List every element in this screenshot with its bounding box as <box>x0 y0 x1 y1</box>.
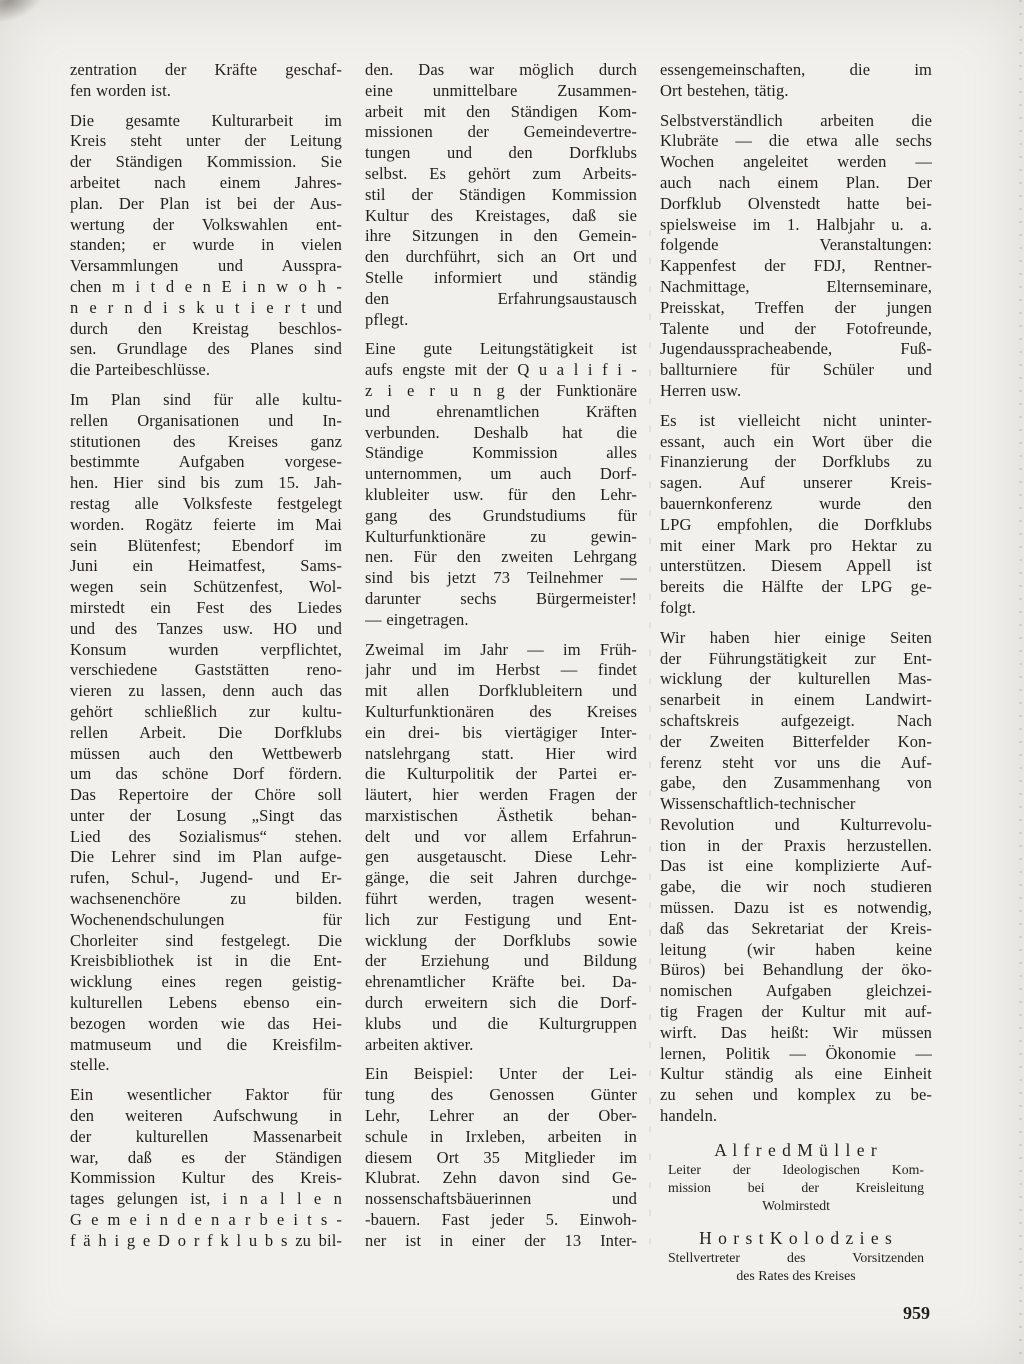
text-line: nomischen Aufgaben gleichzei- <box>660 981 932 1002</box>
scanned-page: zentration der Kräfte geschaf-fen worden… <box>0 0 1024 1364</box>
text-line: zu sehen und komplex zu be- <box>660 1085 932 1106</box>
text-line: folgt. <box>660 598 932 619</box>
text-line: fen worden ist. <box>70 81 342 102</box>
text-line: gabe, den Zusammenhang von <box>660 773 932 794</box>
text-line: stitutionen des Kreises ganz <box>70 432 342 453</box>
text-line: mirstedt ein Fest des Liedes <box>70 598 342 619</box>
text-line: delt und vor allem Erfahrun- <box>365 827 637 848</box>
text-line: Zweimal im Jahr — im Früh- <box>365 640 637 661</box>
text-line: stil der Ständigen Kommission <box>365 185 637 206</box>
text-line: ehrenamtlicher Kräfte bei. Da- <box>365 972 637 993</box>
column-1-paragraphs: zentration der Kräfte geschaf-fen worden… <box>70 60 342 1252</box>
text-line: bestimmte Aufgaben vorgese- <box>70 452 342 473</box>
text-line: marxistischen Ästhetik behan- <box>365 806 637 827</box>
text-line: daß das Sekretariat der Kreis- <box>660 919 932 940</box>
text-line: ballturniere für Schüler und <box>660 360 932 381</box>
text-line: Das ist eine komplizierte Auf- <box>660 856 932 877</box>
text-line: den weiteren Aufschwung in <box>70 1106 342 1127</box>
text-line: Kreis steht unter der Leitung <box>70 131 342 152</box>
text-line: nossenschaftsbäuerinnen und <box>365 1189 637 1210</box>
signature: H o r s t K o l o d z i e sStellvertrete… <box>660 1227 932 1285</box>
text-line: selbst. Es gehört zum Arbeits- <box>365 164 637 185</box>
text-line: Wochenendschulungen für <box>70 910 342 931</box>
text-line: jahr und im Herbst — findet <box>365 660 637 681</box>
text-line: verbunden. Deshalb hat die <box>365 423 637 444</box>
paragraph: Selbstverständlich arbeiten dieKlubräte … <box>660 111 932 402</box>
text-column-2: den. Das war möglich durcheine unmittelb… <box>365 60 637 1324</box>
text-line: Ein Beispiel: Unter der Lei- <box>365 1064 637 1085</box>
text-line: tung des Genossen Günter <box>365 1085 637 1106</box>
text-column-1: zentration der Kräfte geschaf-fen worden… <box>70 60 342 1324</box>
text-line: durch erweitern sich die Dorf- <box>365 993 637 1014</box>
text-line: gen ausgetauscht. Diese Lehr- <box>365 847 637 868</box>
text-line: der Führungstätigkeit zur Ent- <box>660 649 932 670</box>
text-line: Die Lehrer sind im Plan aufge- <box>70 847 342 868</box>
text-line: sen. Grundlage des Planes sind <box>70 339 342 360</box>
text-line: Kreisbibliothek ist in die Ent- <box>70 951 342 972</box>
text-line: ferenz steht vor uns die Auf- <box>660 753 932 774</box>
article-body: zentration der Kräfte geschaf-fen worden… <box>70 60 932 1324</box>
text-line: Dorfklub Olvenstedt hatte bei- <box>660 194 932 215</box>
text-line: plan. Der Plan ist bei der Aus- <box>70 194 342 215</box>
text-line: tig Fragen der Kultur mit auf- <box>660 1002 932 1023</box>
paragraph: Die gesamte Kulturarbeit imKreis steht u… <box>70 111 342 381</box>
text-line: gabe, die wir noch studieren <box>660 877 932 898</box>
text-line: rufen, Schul-, Jugend- und Er- <box>70 868 342 889</box>
text-line: vieren zu lassen, denn auch das <box>70 681 342 702</box>
text-line: diesem Ort 35 Mitglieder im <box>365 1148 637 1169</box>
text-line: missionen der Gemeindevertre- <box>365 122 637 143</box>
text-line: Kulturfunktionäre zu gewin- <box>365 527 637 548</box>
text-line: senarbeit in einem Landwirt- <box>660 690 932 711</box>
text-line: nen. Für den zweiten Lehrgang <box>365 547 637 568</box>
text-line: war, daß es der Ständigen <box>70 1148 342 1169</box>
text-line: mit allen Dorfklubleitern und <box>365 681 637 702</box>
text-line: ein drei- bis viertägiger Inter- <box>365 723 637 744</box>
text-line: Wir haben hier einige Seiten <box>660 628 932 649</box>
paragraph: den. Das war möglich durcheine unmittelb… <box>365 60 637 330</box>
text-line: bezogen worden wie das Hei- <box>70 1014 342 1035</box>
text-line: müssen auch den Wettbewerb <box>70 744 342 765</box>
paragraph: Ein Beispiel: Unter der Lei-tung des Gen… <box>365 1064 637 1251</box>
paragraph: Zweimal im Jahr — im Früh-jahr und im He… <box>365 640 637 1056</box>
text-line: Jugendausspracheabende, Fuß- <box>660 339 932 360</box>
text-line: Lied des Sozialismus“ stehen. <box>70 827 342 848</box>
signature-role-line: Stellvertreter des Vorsitzenden <box>660 1249 932 1267</box>
text-line: Kommission Kultur des Kreis- <box>70 1168 342 1189</box>
text-line: ner ist in einer der 13 Inter- <box>365 1231 637 1252</box>
text-line: Kultur ständig als eine Einheit <box>660 1064 932 1085</box>
text-line: Kultur des Kreistages, daß sie <box>365 206 637 227</box>
text-line: den durchführt, sich an Ort und <box>365 247 637 268</box>
text-line: chen m i t d e n E i n w o h - <box>70 277 342 298</box>
signature-role-line: mission bei der Kreisleitung <box>660 1179 932 1197</box>
text-line: die Parteibeschlüsse. <box>70 360 342 381</box>
text-line: Nachmittage, Elternseminare, <box>660 277 932 298</box>
text-line: Finanzierung der Dorfklubs zu <box>660 452 932 473</box>
text-line: gehört schließlich zur kultu- <box>70 702 342 723</box>
text-line: unterstützen. Diesem Appell ist <box>660 556 932 577</box>
text-line: hen. Hier sind bis zum 15. Jah- <box>70 473 342 494</box>
text-line: Talente und der Fotofreunde, <box>660 319 932 340</box>
paragraph: essengemeinschaften, die imOrt bestehen,… <box>660 60 932 102</box>
text-line: wicklung eines regen geistig- <box>70 972 342 993</box>
text-line: wertung der Volkswahlen ent- <box>70 215 342 236</box>
text-line: unternommen, um auch Dorf- <box>365 464 637 485</box>
text-column-3: essengemeinschaften, die imOrt bestehen,… <box>660 60 932 1324</box>
signature-role-line: Wolmirstedt <box>660 1197 932 1215</box>
text-line: Kulturfunktionären des Kreises <box>365 702 637 723</box>
text-line: Im Plan sind für alle kultu- <box>70 390 342 411</box>
text-line: essant, auch ein Wort über die <box>660 432 932 453</box>
text-line: rellen Organisationen und In- <box>70 411 342 432</box>
text-line: die Kulturpolitik der Partei er- <box>365 764 637 785</box>
signature: A l f r e d M ü l l e rLeiter der Ideolo… <box>660 1139 932 1215</box>
text-line: der Zweiten Bitterfelder Kon- <box>660 732 932 753</box>
text-line: Klubrat. Zehn davon sind Ge- <box>365 1168 637 1189</box>
text-line: sein Blütenfest; Ebendorf im <box>70 536 342 557</box>
text-line: und ehrenamtlichen Kräften <box>365 402 637 423</box>
text-line: und des Tanzes usw. HO und <box>70 619 342 640</box>
text-line: Konsum wurden verpflichtet, <box>70 640 342 661</box>
text-line: ihre Sitzungen in den Gemein- <box>365 226 637 247</box>
text-line: Juni ein Heimatfest, Sams- <box>70 556 342 577</box>
text-line: wegen sein Schützenfest, Wol- <box>70 577 342 598</box>
text-line: der Erziehung und Bildung <box>365 951 637 972</box>
text-line: gang des Grundstudiums für <box>365 506 637 527</box>
text-line: standen; er wurde in vielen <box>70 235 342 256</box>
text-line: Chorleiter sind festgelegt. Die <box>70 931 342 952</box>
scan-artifact-corner-smudge <box>0 0 49 26</box>
text-line: Ort bestehen, tätig. <box>660 81 932 102</box>
paragraph: Ein wesentlicher Faktor fürden weiteren … <box>70 1085 342 1251</box>
signature-name: A l f r e d M ü l l e r <box>660 1139 932 1161</box>
text-line: lich zur Festigung und Ent- <box>365 910 637 931</box>
text-line: Stelle informiert und ständig <box>365 268 637 289</box>
text-line: lernen, Politik — Ökonomie — <box>660 1044 932 1065</box>
text-line: Revolution und Kulturrevolu- <box>660 815 932 836</box>
signature-name: H o r s t K o l o d z i e s <box>660 1227 932 1249</box>
text-line: wicklung der kulturellen Mas- <box>660 669 932 690</box>
text-line: arbeit mit den Ständigen Kom- <box>365 102 637 123</box>
text-line: unter der Losung „Singt das <box>70 806 342 827</box>
text-line: f ä h i g e D o r f k l u b s zu bil- <box>70 1231 342 1252</box>
text-line: bereits die Hälfte der LPG ge- <box>660 577 932 598</box>
text-line: auch nach einem Plan. Der <box>660 173 932 194</box>
text-line: -bauern. Fast jeder 5. Einwoh- <box>365 1210 637 1231</box>
text-line: aufs engste mit der Q u a l i f i - <box>365 360 637 381</box>
text-line: arbeiten aktiver. <box>365 1035 637 1056</box>
text-line: arbeitet nach einem Jahres- <box>70 173 342 194</box>
text-line: rellen Arbeit. Die Dorfklubs <box>70 723 342 744</box>
text-line: Wissenschaftlich-technischer <box>660 794 932 815</box>
text-line: z i e r u n g der Funktionäre <box>365 381 637 402</box>
text-line: Wochen angeleitet werden — <box>660 152 932 173</box>
text-line: läutert, hier werden Fragen der <box>365 785 637 806</box>
text-line: natslehrgang statt. Hier wird <box>365 744 637 765</box>
text-line: der Ständigen Kommission. Sie <box>70 152 342 173</box>
text-line: Preisskat, Treffen der jungen <box>660 298 932 319</box>
text-line: — eingetragen. <box>365 610 637 631</box>
column-3-paragraphs: essengemeinschaften, die imOrt bestehen,… <box>660 60 932 1127</box>
text-line: handeln. <box>660 1106 932 1127</box>
text-line: verschiedene Gaststätten reno- <box>70 660 342 681</box>
text-line: schule in Irxleben, arbeiten in <box>365 1127 637 1148</box>
text-line: schaftskreis aufgezeigt. Nach <box>660 711 932 732</box>
paragraph: Wir haben hier einige Seitender Führungs… <box>660 628 932 1127</box>
text-line: stelle. <box>70 1055 342 1076</box>
text-line: klubs und die Kulturgruppen <box>365 1014 637 1035</box>
signature-role-line: des Rates des Kreises <box>660 1267 932 1285</box>
signature-role-line: Leiter der Ideologischen Kom- <box>660 1161 932 1179</box>
text-line: Selbstverständlich arbeiten die <box>660 111 932 132</box>
text-line: mit einer Mark pro Hektar zu <box>660 536 932 557</box>
text-line: G e m e i n d e n a r b e i t s - <box>70 1210 342 1231</box>
text-line: eine unmittelbare Zusammen- <box>365 81 637 102</box>
text-line: Ein wesentlicher Faktor für <box>70 1085 342 1106</box>
text-line: tion in der Praxis herzustellen. <box>660 836 932 857</box>
text-line: bauernkonferenz wurde den <box>660 494 932 515</box>
scan-artifact-right-edge <box>1019 0 1022 1364</box>
text-line: Herren usw. <box>660 381 932 402</box>
text-line: essengemeinschaften, die im <box>660 60 932 81</box>
signature-block: A l f r e d M ü l l e rLeiter der Ideolo… <box>660 1139 932 1285</box>
text-line: matmuseum und die Kreisfilm- <box>70 1035 342 1056</box>
text-line: Die gesamte Kulturarbeit im <box>70 111 342 132</box>
text-line: Lehr, Lehrer an der Ober- <box>365 1106 637 1127</box>
text-line: wachsenenchöre zu bilden. <box>70 889 342 910</box>
paragraph: Es ist vielleicht nicht uninter-essant, … <box>660 411 932 619</box>
text-line: führt werden, tragen wesent- <box>365 889 637 910</box>
text-line: um das schöne Dorf fördern. <box>70 764 342 785</box>
paragraph: Eine gute Leitungstätigkeit istaufs engs… <box>365 339 637 630</box>
text-line: klubleiter usw. für den Lehr- <box>365 485 637 506</box>
text-line: müssen. Dazu ist es notwendig, <box>660 898 932 919</box>
text-line: wirft. Das heißt: Wir müssen <box>660 1023 932 1044</box>
text-line: durch den Kreistag beschlos- <box>70 319 342 340</box>
paragraph: zentration der Kräfte geschaf-fen worden… <box>70 60 342 102</box>
text-line: spielsweise im 1. Halbjahr u. a. <box>660 215 932 236</box>
text-line: Büros) bei Behandlung der öko- <box>660 960 932 981</box>
text-line: Eine gute Leitungstätigkeit ist <box>365 339 637 360</box>
column-2-paragraphs: den. Das war möglich durcheine unmittelb… <box>365 60 637 1252</box>
text-line: Ständige Kommission alles <box>365 443 637 464</box>
text-line: folgende Veranstaltungen: <box>660 235 932 256</box>
text-line: pflegt. <box>365 310 637 331</box>
page-number: 959 <box>660 1303 932 1324</box>
text-line: restag alle Volksfeste festgelegt <box>70 494 342 515</box>
text-line: kulturellen Lebens ebenso ein- <box>70 993 342 1014</box>
text-line: wicklung der Dorfklubs sowie <box>365 931 637 952</box>
paragraph: Im Plan sind für alle kultu-rellen Organ… <box>70 390 342 1076</box>
text-line: n e r n d i s k u t i e r t und <box>70 298 342 319</box>
text-line: Kappenfest der FDJ, Rentner- <box>660 256 932 277</box>
text-line: Es ist vielleicht nicht uninter- <box>660 411 932 432</box>
text-line: Klubräte — die etwa alle sechs <box>660 131 932 152</box>
text-line: Versammlungen und Ausspra- <box>70 256 342 277</box>
text-line: LPG empfohlen, die Dorfklubs <box>660 515 932 536</box>
text-line: tungen und den Dorfklubs <box>365 143 637 164</box>
text-line: darunter sechs Bürgermeister! <box>365 589 637 610</box>
text-line: sagen. Auf unserer Kreis- <box>660 473 932 494</box>
text-line: leitung (wir haben keine <box>660 940 932 961</box>
text-line: gänge, die seit Jahren durchge- <box>365 868 637 889</box>
text-line: zentration der Kräfte geschaf- <box>70 60 342 81</box>
text-line: Das Repertoire der Chöre soll <box>70 785 342 806</box>
text-line: den Erfahrungsaustausch <box>365 289 637 310</box>
text-line: worden. Rogätz feierte im Mai <box>70 515 342 536</box>
text-line: der kulturellen Massenarbeit <box>70 1127 342 1148</box>
text-line: tages gelungen ist, i n a l l e n <box>70 1189 342 1210</box>
text-line: den. Das war möglich durch <box>365 60 637 81</box>
text-line: sind bis jetzt 73 Teilnehmer — <box>365 568 637 589</box>
